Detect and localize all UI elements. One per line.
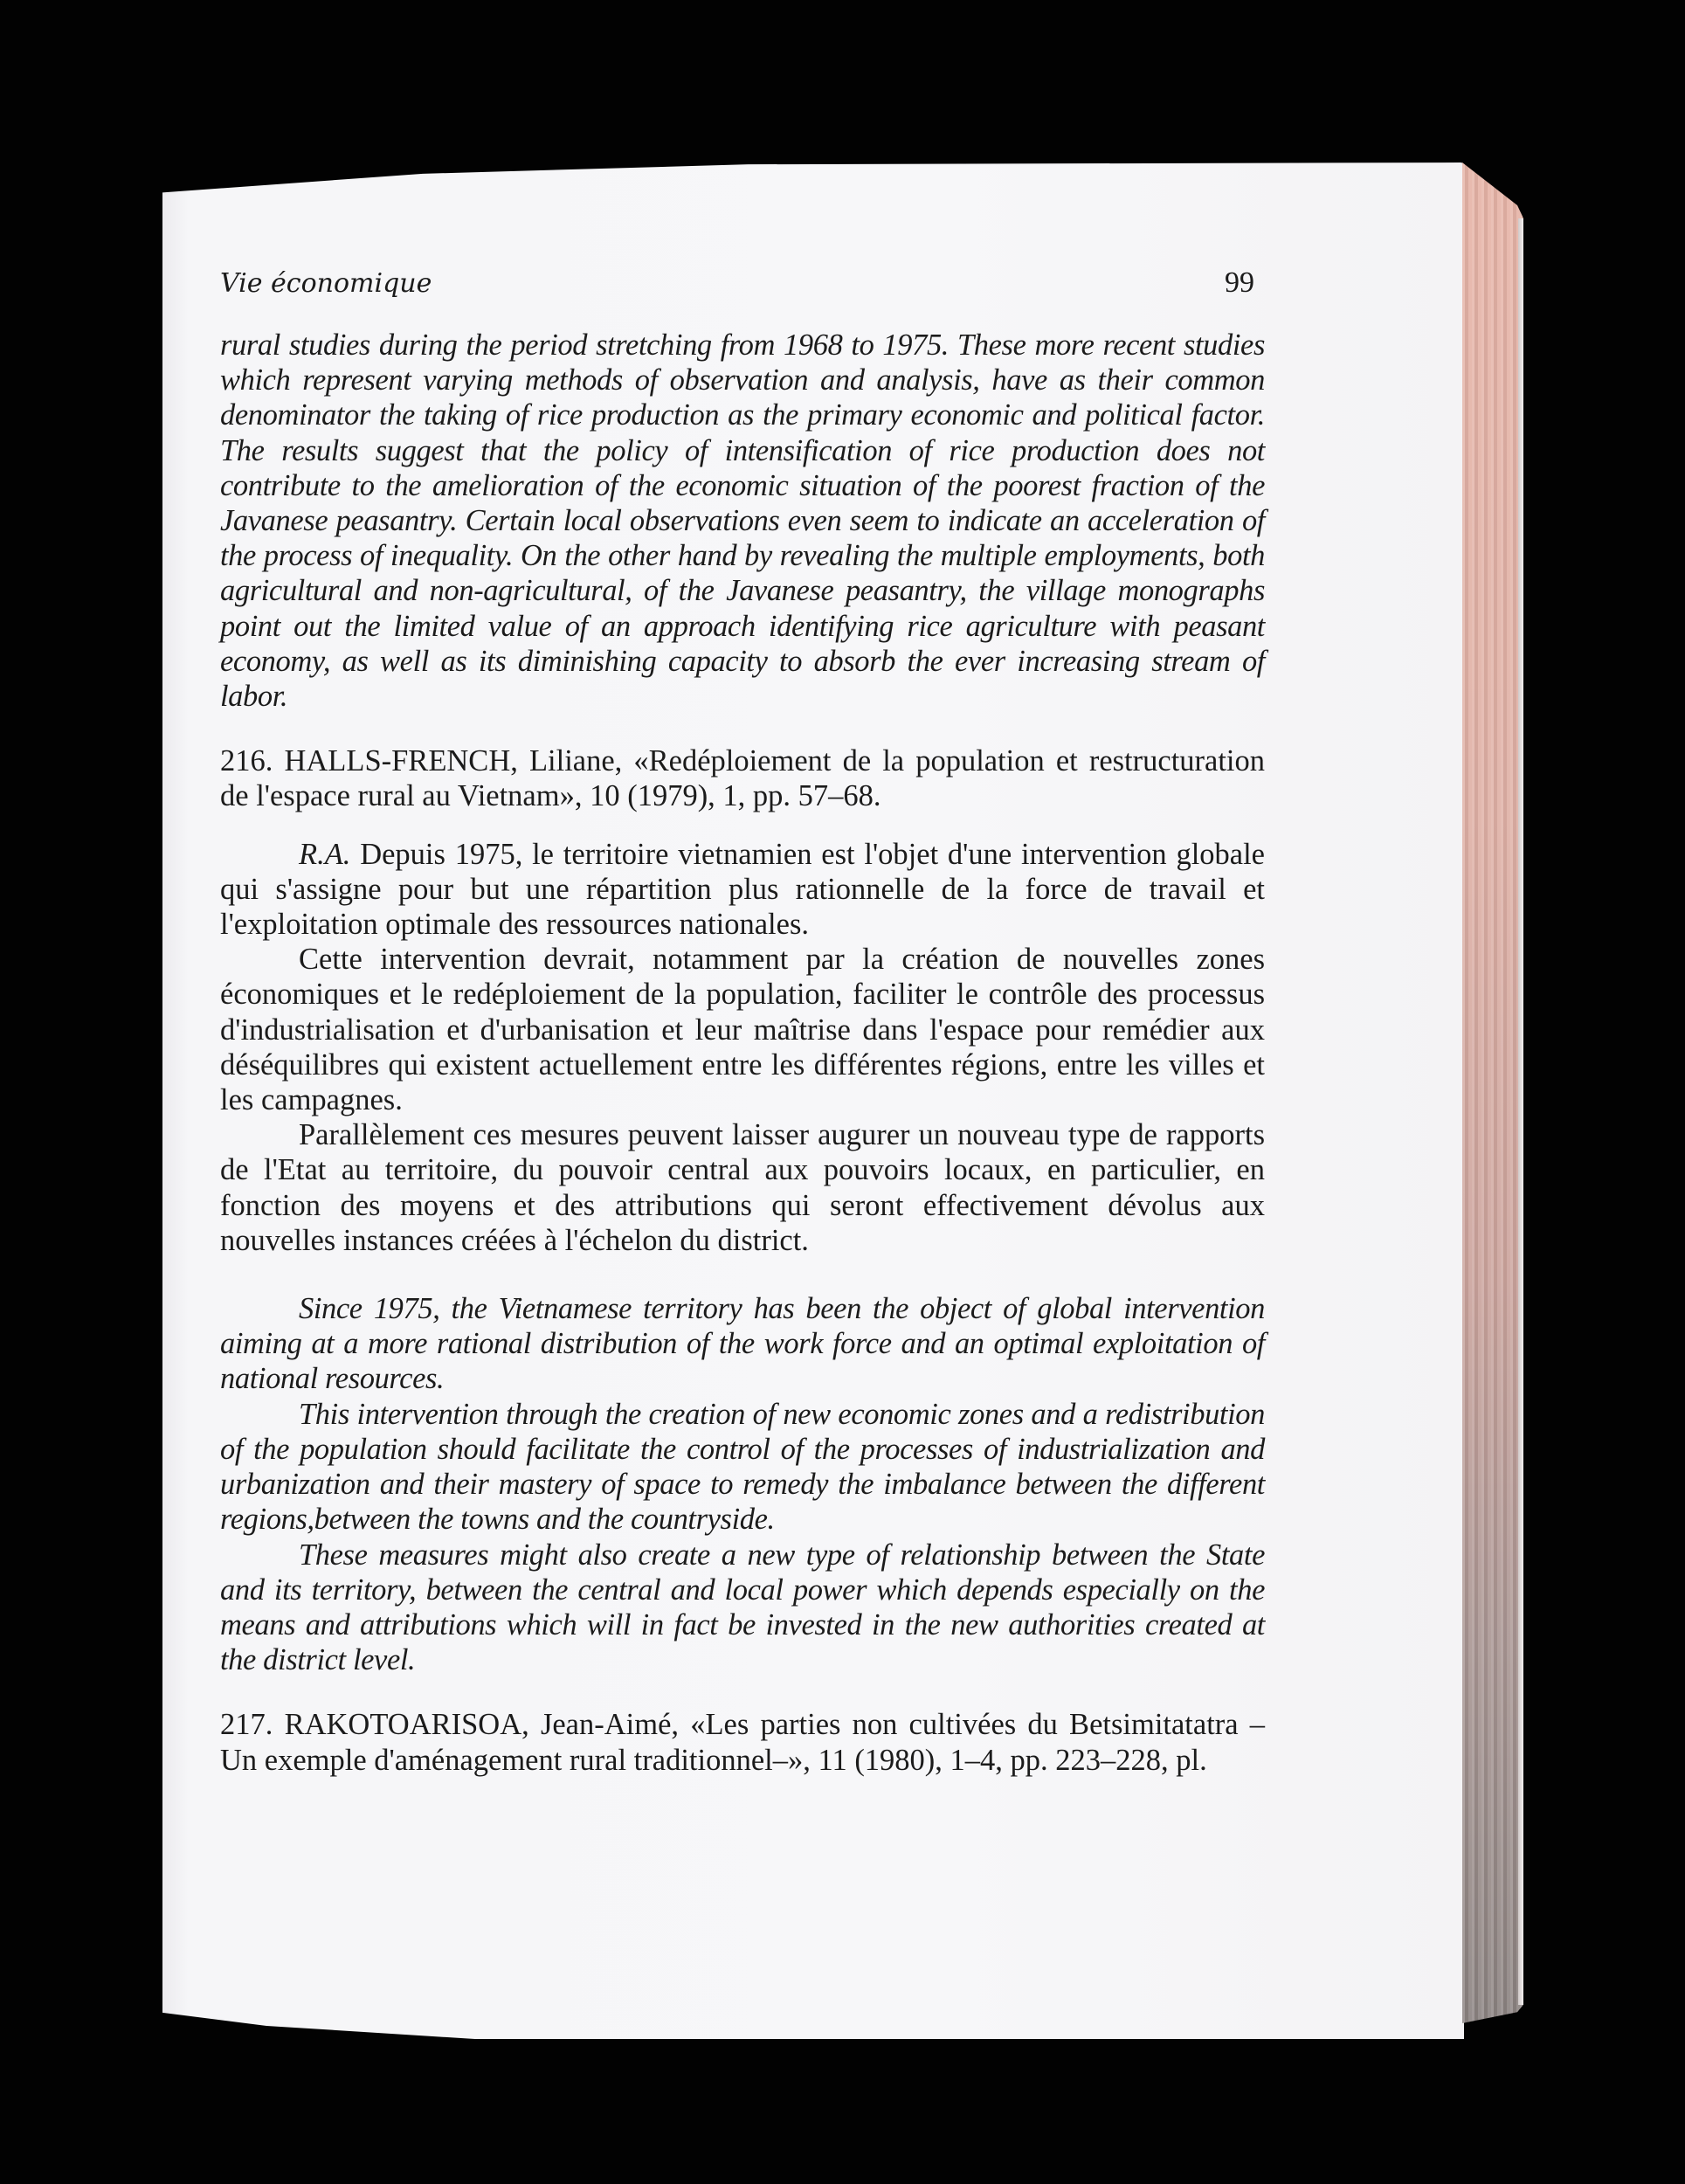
section-title: Vie économique (220, 268, 432, 299)
resume-label: R.A. (299, 838, 350, 871)
bibliography-entry-216: 216. HALLS-FRENCH, Liliane, «Redéploieme… (220, 743, 1265, 813)
abstract-paragraph-1: Since 1975, the Vietnamese territory has… (220, 1291, 1265, 1397)
book-page-edges (1462, 162, 1523, 2023)
page-number: 99 (1225, 266, 1265, 300)
entry-author: HALLS-FRENCH, Liliane, (284, 744, 622, 778)
resume-paragraph-2: Cette intervention devrait, notamment pa… (220, 942, 1265, 1117)
resume-paragraph-1: R.A. Depuis 1975, le territoire vietnami… (220, 837, 1265, 943)
abstract-continuation: rural studies during the period stretchi… (220, 328, 1265, 714)
bibliography-entry-217: 217. RAKOTOARISOA, Jean-Aimé, «Les parti… (220, 1707, 1265, 1777)
entry-number: 216. (220, 744, 273, 778)
entry-author: RAKOTOARISOA, Jean-Aimé, (285, 1708, 679, 1741)
resume-text: Depuis 1975, le territoire vietnamien es… (220, 838, 1265, 941)
abstract-paragraph-2: This intervention through the creation o… (220, 1397, 1265, 1538)
page-text-block: Vie économique 99 rural studies during t… (220, 266, 1265, 1778)
entry-number: 217. (220, 1708, 273, 1741)
abstract-paragraph-3: These measures might also create a new t… (220, 1538, 1265, 1678)
running-head: Vie économique 99 (220, 266, 1265, 300)
resume-paragraph-3: Parallèlement ces mesures peuvent laisse… (220, 1117, 1265, 1258)
